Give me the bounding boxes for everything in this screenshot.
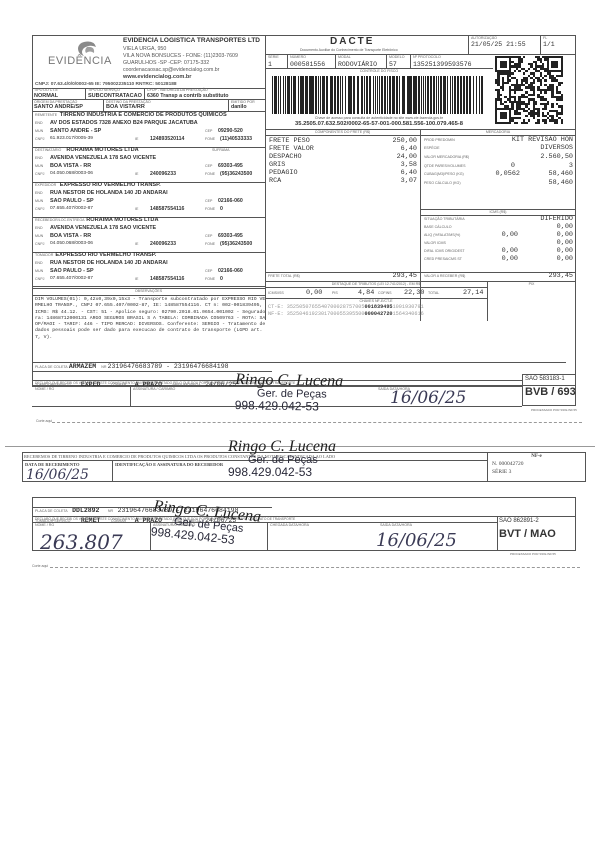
party-mun: BOA VISTA - RR [50, 234, 91, 239]
serie-label: SÉRIE [268, 56, 279, 60]
prod-value: KIT REVISAO HON [480, 137, 573, 144]
party-end: AVENIDA VENEZUELA 178 SAO VICENTE [50, 226, 156, 231]
party-fone: (11)40533333 [220, 137, 252, 142]
party-end: AV DOS ESTADOS 7328 ANEXO B24 PARQUE JAC… [50, 121, 198, 126]
frete-total-label: FRETE TOTAL (R$) [268, 275, 300, 279]
autorizacao-value: 21/05/25 21:55 [471, 42, 526, 49]
party-ie: 148587554116 [150, 277, 184, 282]
footer2-nome-handwritten: 263.807 [40, 530, 123, 554]
valor-icms-label: VALOR ICMS [424, 242, 446, 246]
footer2-saida-handwritten: 16/06/25 [376, 530, 457, 551]
dacte-title: DACTE [330, 36, 374, 47]
especie-label: ESPÉCIE [424, 147, 440, 151]
tributo-cofins-label: COFINS [378, 292, 392, 296]
party-cnpj-label: CNPJ [35, 278, 44, 282]
party-fone-label: FONE [205, 138, 215, 142]
chave-acesso[interactable]: 35.2505.07.632.502/0002-65-57-001-000.58… [265, 121, 493, 127]
prod-label: PROD PREDOMIN [424, 139, 455, 143]
aliquota-value-2: 0,00 [520, 232, 573, 239]
party-mun: BOA VISTA - RR [50, 164, 91, 169]
party-mun-label: MUN [35, 165, 43, 169]
fl-value: 1/1 [543, 42, 555, 49]
tributo-pis-label: PIS [332, 292, 338, 296]
tributo-total-value: 27,14 [463, 290, 483, 297]
party-fone-label: FONE [205, 208, 215, 212]
footer2-code-small: SAO 862891-2 [499, 518, 539, 524]
party-cep: 02166-060 [218, 269, 243, 274]
chave-nfe-part-a: 3525046192301700055395500 [287, 311, 365, 317]
party-name: RORAIMA MOTORES LTDA [86, 218, 158, 224]
canhoto-nfe-numero: N. 000042720 [492, 461, 523, 467]
frete-total-value: 293,45 [360, 273, 417, 280]
party-ie-label: IE [135, 138, 138, 142]
chave-nfe-part-b: 1564340616 [393, 311, 424, 317]
qr-code[interactable] [495, 56, 563, 124]
stamp-2-number: 998.429.042-53 [228, 465, 336, 479]
valor-mercadoria-label: VALOR MERCADORIA (R$) [424, 156, 469, 160]
issuer-cnpj: CNPJ: 07.63.4/0/0/0002-65 IE: 7950022351… [35, 82, 177, 87]
party-role: EXPEDIDOR [35, 184, 56, 188]
footer1-assinatura-label: ASSINATURA / CARIMBO [133, 388, 175, 392]
party-ie: 148587554116 [150, 207, 184, 212]
party-name: TIRRENO INDUSTRIA E COMERCIO DE PRODUTOS… [60, 113, 227, 119]
canhoto-ident-label: IDENTIFICAÇÃO E ASSINATURA DO RECEBEDOR [115, 462, 223, 467]
origem-value: SANTO ANDRE/SP [34, 105, 83, 111]
party-mun-label: MUN [35, 270, 43, 274]
canhoto-nfe-serie: SÉRIE 3 [492, 469, 511, 475]
access-key-barcode [272, 76, 487, 114]
peso-calc-label: PESO CÁLCULO (Kg) [424, 182, 461, 186]
party-cep-label: CEP [205, 270, 212, 274]
party-mun-label: MUN [35, 200, 43, 204]
especie-value: DIVERSOS [480, 145, 573, 152]
footer1-placa: PLACA DE COLETA ARMAZEM NR 2319647668378… [35, 364, 229, 371]
situacao-label: SITUAÇÃO TRIBUTÁRIA [424, 218, 465, 222]
party-cep-label: CEP [205, 235, 212, 239]
componente-value: 6,40 [360, 146, 417, 153]
party-block-4: TOMADOREXPRESSO RIO VERMELHO TRANSP.ENDR… [32, 252, 265, 286]
party-cnpj-label: CNPJ [35, 208, 44, 212]
componente-value: 3,58 [360, 162, 417, 169]
tributo-icms-value: 0,00 [306, 290, 322, 297]
party-cep: 02166-060 [218, 199, 243, 204]
componente-name: FRETE PESO [269, 138, 310, 145]
protocolo-label: Nº PROTOCOLO [413, 56, 441, 60]
tributo-pis-value: 4,84 [358, 290, 374, 297]
footer1-code-big: BVB / 693 [525, 386, 576, 398]
party-ie: 240096233 [150, 172, 176, 177]
chave-nfe-prefix: NF-E: [268, 311, 284, 317]
party-end-label: END [35, 157, 43, 161]
cubag-label: CUBAG(m3)/PESO (Kg) [424, 173, 464, 177]
party-role: DESTINATÁRIO [35, 149, 61, 153]
party-cnpj-label: CNPJ [35, 243, 44, 247]
valor-receber-value: 293,45 [520, 273, 573, 280]
party-extra: SUFRAMA [212, 149, 230, 153]
issuer-address-3: GUARULHOS -SP -CEP: 07175-332 [123, 60, 209, 66]
difal-value-1: 0,00 [490, 248, 518, 255]
party-mun: SAO PAULO - SP [50, 199, 94, 204]
issuer-company-name: EVIDENCIA LOGISTICA TRANSPORTES LTD [123, 38, 260, 45]
stamp-2: Ringo C. Lucena Ger. de Peças 998.429.04… [228, 438, 336, 479]
modelo-label: MODELO [389, 56, 405, 60]
footer2-corte-aqui: Corte aqui [32, 565, 48, 569]
party-cep-label: CEP [205, 200, 212, 204]
party-fone-label: FONE [205, 173, 215, 177]
chave-caption: Chave de acesso para consulta de autenti… [265, 116, 493, 120]
chave-nfe-number: 000042720 [365, 311, 393, 317]
base-calculo-value: 0,00 [520, 224, 573, 231]
party-end-label: END [35, 227, 43, 231]
observacoes-title: OBSERVAÇÕES [32, 290, 265, 294]
party-fone-label: FONE [205, 243, 215, 247]
party-cep-label: CEP [205, 165, 212, 169]
tributo-total-label: TOTAL [428, 292, 439, 296]
party-cep-label: CEP [205, 130, 212, 134]
party-ie-label: IE [135, 173, 138, 177]
situacao-value: DIFERIDO [500, 216, 573, 223]
componente-name: RCA [269, 178, 281, 185]
party-end-label: END [35, 192, 43, 196]
cut-line-2 [50, 567, 580, 568]
party-cnpj: 04.050.068/0003-06 [50, 242, 93, 247]
party-ie: 240096233 [150, 242, 176, 247]
party-role: TOMADOR [35, 254, 53, 258]
difal-label: DIFAL ICMS ORIG/DEST [424, 250, 465, 254]
party-mun-label: MUN [35, 130, 43, 134]
componente-name: PEDAGIO [269, 170, 298, 177]
footer1-nr-value: 23196476683789 - 23196476684198 [108, 363, 229, 370]
controle-fisco-label: CONTROLE DO FISCO [265, 70, 493, 74]
party-end-label: END [35, 262, 43, 266]
footer2-code-big: BVT / MAO [499, 528, 556, 540]
componente-name: FRETE VALOR [269, 146, 314, 153]
numero-label: NÚMERO [290, 56, 306, 60]
qtde-label: QTDE PARES/VOLUMES [424, 165, 465, 169]
pix-label: PIX [487, 283, 576, 287]
party-role: REMETENTE [35, 114, 57, 118]
party-fone: 0 [220, 207, 223, 212]
party-cep: 09290-520 [218, 129, 243, 134]
party-cnpj-label: CNPJ [35, 173, 44, 177]
party-cep: 69303-495 [218, 234, 243, 239]
mercadoria-title: MERCADORIA [420, 131, 576, 135]
canhoto-data-handwritten: 16/06/25 [26, 467, 89, 483]
party-fone: (95)36243500 [220, 242, 252, 247]
cred-value-1: 0,00 [490, 256, 518, 263]
issuer-address-2: VILA NOVA BONSUCES - FONE: (11)2303-7609 [123, 53, 238, 59]
party-ie-label: IE [135, 243, 138, 247]
cred-presumido-label: CRED PRESAICMS ST [424, 258, 462, 262]
componente-name: GRIS [269, 162, 285, 169]
cut-line-1 [52, 422, 582, 423]
party-fone: 0 [220, 277, 223, 282]
party-cnpj: 61.923.017/0005-39 [50, 137, 93, 142]
qtde-volumes: 3 [530, 163, 573, 170]
observacoes-text: DIM VOLUMES(01): 0,42x0,39x0,15x3 - Tran… [35, 297, 267, 341]
party-ie-label: IE [135, 208, 138, 212]
aliquota-label: ALIQ (%FALAT/MS(%) [424, 234, 460, 238]
party-end: RUA NESTOR DE HOLANDA 140 JD ANDARAI [50, 261, 168, 266]
componente-value: 250,00 [360, 138, 417, 145]
party-cnpj-label: CNPJ [35, 138, 44, 142]
footer1-corte-aqui: Corte aqui [36, 420, 52, 424]
party-cnpj: 07.655.407/0002-87 [50, 207, 93, 212]
party-mun: SAO PAULO - SP [50, 269, 94, 274]
party-cnpj: 07.655.407/0002-87 [50, 277, 93, 282]
issuer-website[interactable]: www.evidencialog.com.br [123, 74, 192, 80]
valor-icms-value: 0,00 [520, 240, 573, 247]
party-block-3: RECEBEDOR/LOC.ENTREGARORAIMA MOTORES LTD… [32, 217, 265, 252]
canhoto-nfe-label: NF-e [487, 454, 586, 459]
chave-cte-part-a: 3525050765540700028757005 [287, 304, 365, 310]
party-mun: SANTO ANDRE - SP [50, 129, 101, 134]
party-cnpj: 04.050.068/0003-06 [50, 172, 93, 177]
componente-value: 3,07 [360, 178, 417, 185]
party-fone-label: FONE [205, 278, 215, 282]
tributo-cofins-value: 22,30 [404, 290, 424, 297]
party-block-2: EXPEDIDOREXPRESSO RIO VERMELHO TRANSP.EN… [32, 182, 265, 217]
peso-calc-value: 58,460 [520, 180, 573, 187]
footer2-saida-label: SAÍDA DATA/HORA [380, 524, 412, 528]
componente-value: 6,40 [360, 170, 417, 177]
party-role: RECEBEDOR/LOC.ENTREGA [35, 219, 85, 223]
emitido-value: danilo [231, 105, 247, 110]
footer1-placa-value: ARMAZEM [69, 363, 96, 370]
dacte-subtitle: Documento Auxiliar do Conhecimento de Tr… [300, 48, 398, 52]
dacte-document: EVIDÊNCIA EVIDENCIA LOGISTICA TRANSPORTE… [0, 0, 598, 850]
party-fone: (95)36243500 [220, 172, 252, 177]
party-end: RUA NESTOR DE HOLANDA 140 JD ANDARAI [50, 191, 168, 196]
party-block-0: REMETENTETIRRENO INDUSTRIA E COMERCIO DE… [32, 112, 265, 147]
party-block-1: DESTINATÁRIORORAIMA MOTORES LTDASUFRAMAE… [32, 147, 265, 182]
stamp-1: Ringo C. Lucena Ger. de Peças 998.429.04… [235, 371, 344, 414]
party-name: RORAIMA MOTORES LTDA [66, 148, 138, 154]
footer1-code-small: SAO 583183-1 [525, 376, 565, 382]
componente-name: DESPACHO [269, 154, 302, 161]
party-end-label: END [35, 122, 43, 126]
base-calculo-label: BASE CÁLCULO [424, 226, 452, 230]
chave-cte-number: 001839495 [365, 304, 393, 310]
modal-label: MODAL [338, 56, 351, 60]
issuer-logo-text: EVIDÊNCIA [48, 55, 112, 67]
party-end: AVENIDA VENEZUELA 178 SAO VICENTE [50, 156, 156, 161]
cred-value-2: 0,00 [520, 256, 573, 263]
party-name: EXPRESSO RIO VERMELHO TRANSP. [55, 253, 156, 259]
destino-value: BOA VISTA/RR [106, 105, 145, 111]
tributo-icms-label: ICMS/ISS [268, 292, 284, 296]
issuer-email[interactable]: coordenacaosac.sp@evidencialog.com.br [123, 67, 219, 73]
chave-cte[interactable]: CT-E: 3525050765540700028757005001839495… [268, 305, 424, 310]
peso-value: 58,460 [520, 171, 573, 178]
footer2-nome-label: NOME / RG [35, 524, 54, 528]
party-cep: 69303-495 [218, 164, 243, 169]
footer1-processado: PROCESSADO POR SSW-INF.55 [531, 409, 577, 412]
valor-receber-label: VALOR A RECEBER (R$) [424, 275, 465, 279]
qtde-pares: 0 [490, 163, 515, 170]
party-ie-label: IE [135, 278, 138, 282]
footer1-nome-label: NOME / RG [35, 388, 54, 392]
party-ie: 124893520114 [150, 137, 184, 142]
footer2-processado: PROCESSADO POR SSW-INF.55 [510, 553, 556, 556]
party-name: EXPRESSO RIO VERMELHO TRANSP. [60, 183, 161, 189]
componente-value: 24,00 [360, 154, 417, 161]
issuer-address-1: VIELA URGA, 950 [123, 46, 166, 52]
aliquota-value-1: 0,00 [490, 232, 518, 239]
footer2-chegada-label: CHEGADA DATA/HORA [270, 524, 309, 528]
chave-cte-part-b: 1001930791 [393, 304, 424, 310]
valor-mercadoria-value: 2.560,50 [480, 154, 573, 161]
difal-value-2: 0,00 [520, 248, 573, 255]
party-mun-label: MUN [35, 235, 43, 239]
chave-cte-prefix: CT-E: [268, 304, 284, 310]
chave-nfe[interactable]: NF-E: 3525046192301700055395500000042720… [268, 312, 424, 317]
footer1-saida-handwritten: 16/06/25 [390, 388, 466, 408]
cubag-value: 0,0562 [480, 171, 520, 178]
